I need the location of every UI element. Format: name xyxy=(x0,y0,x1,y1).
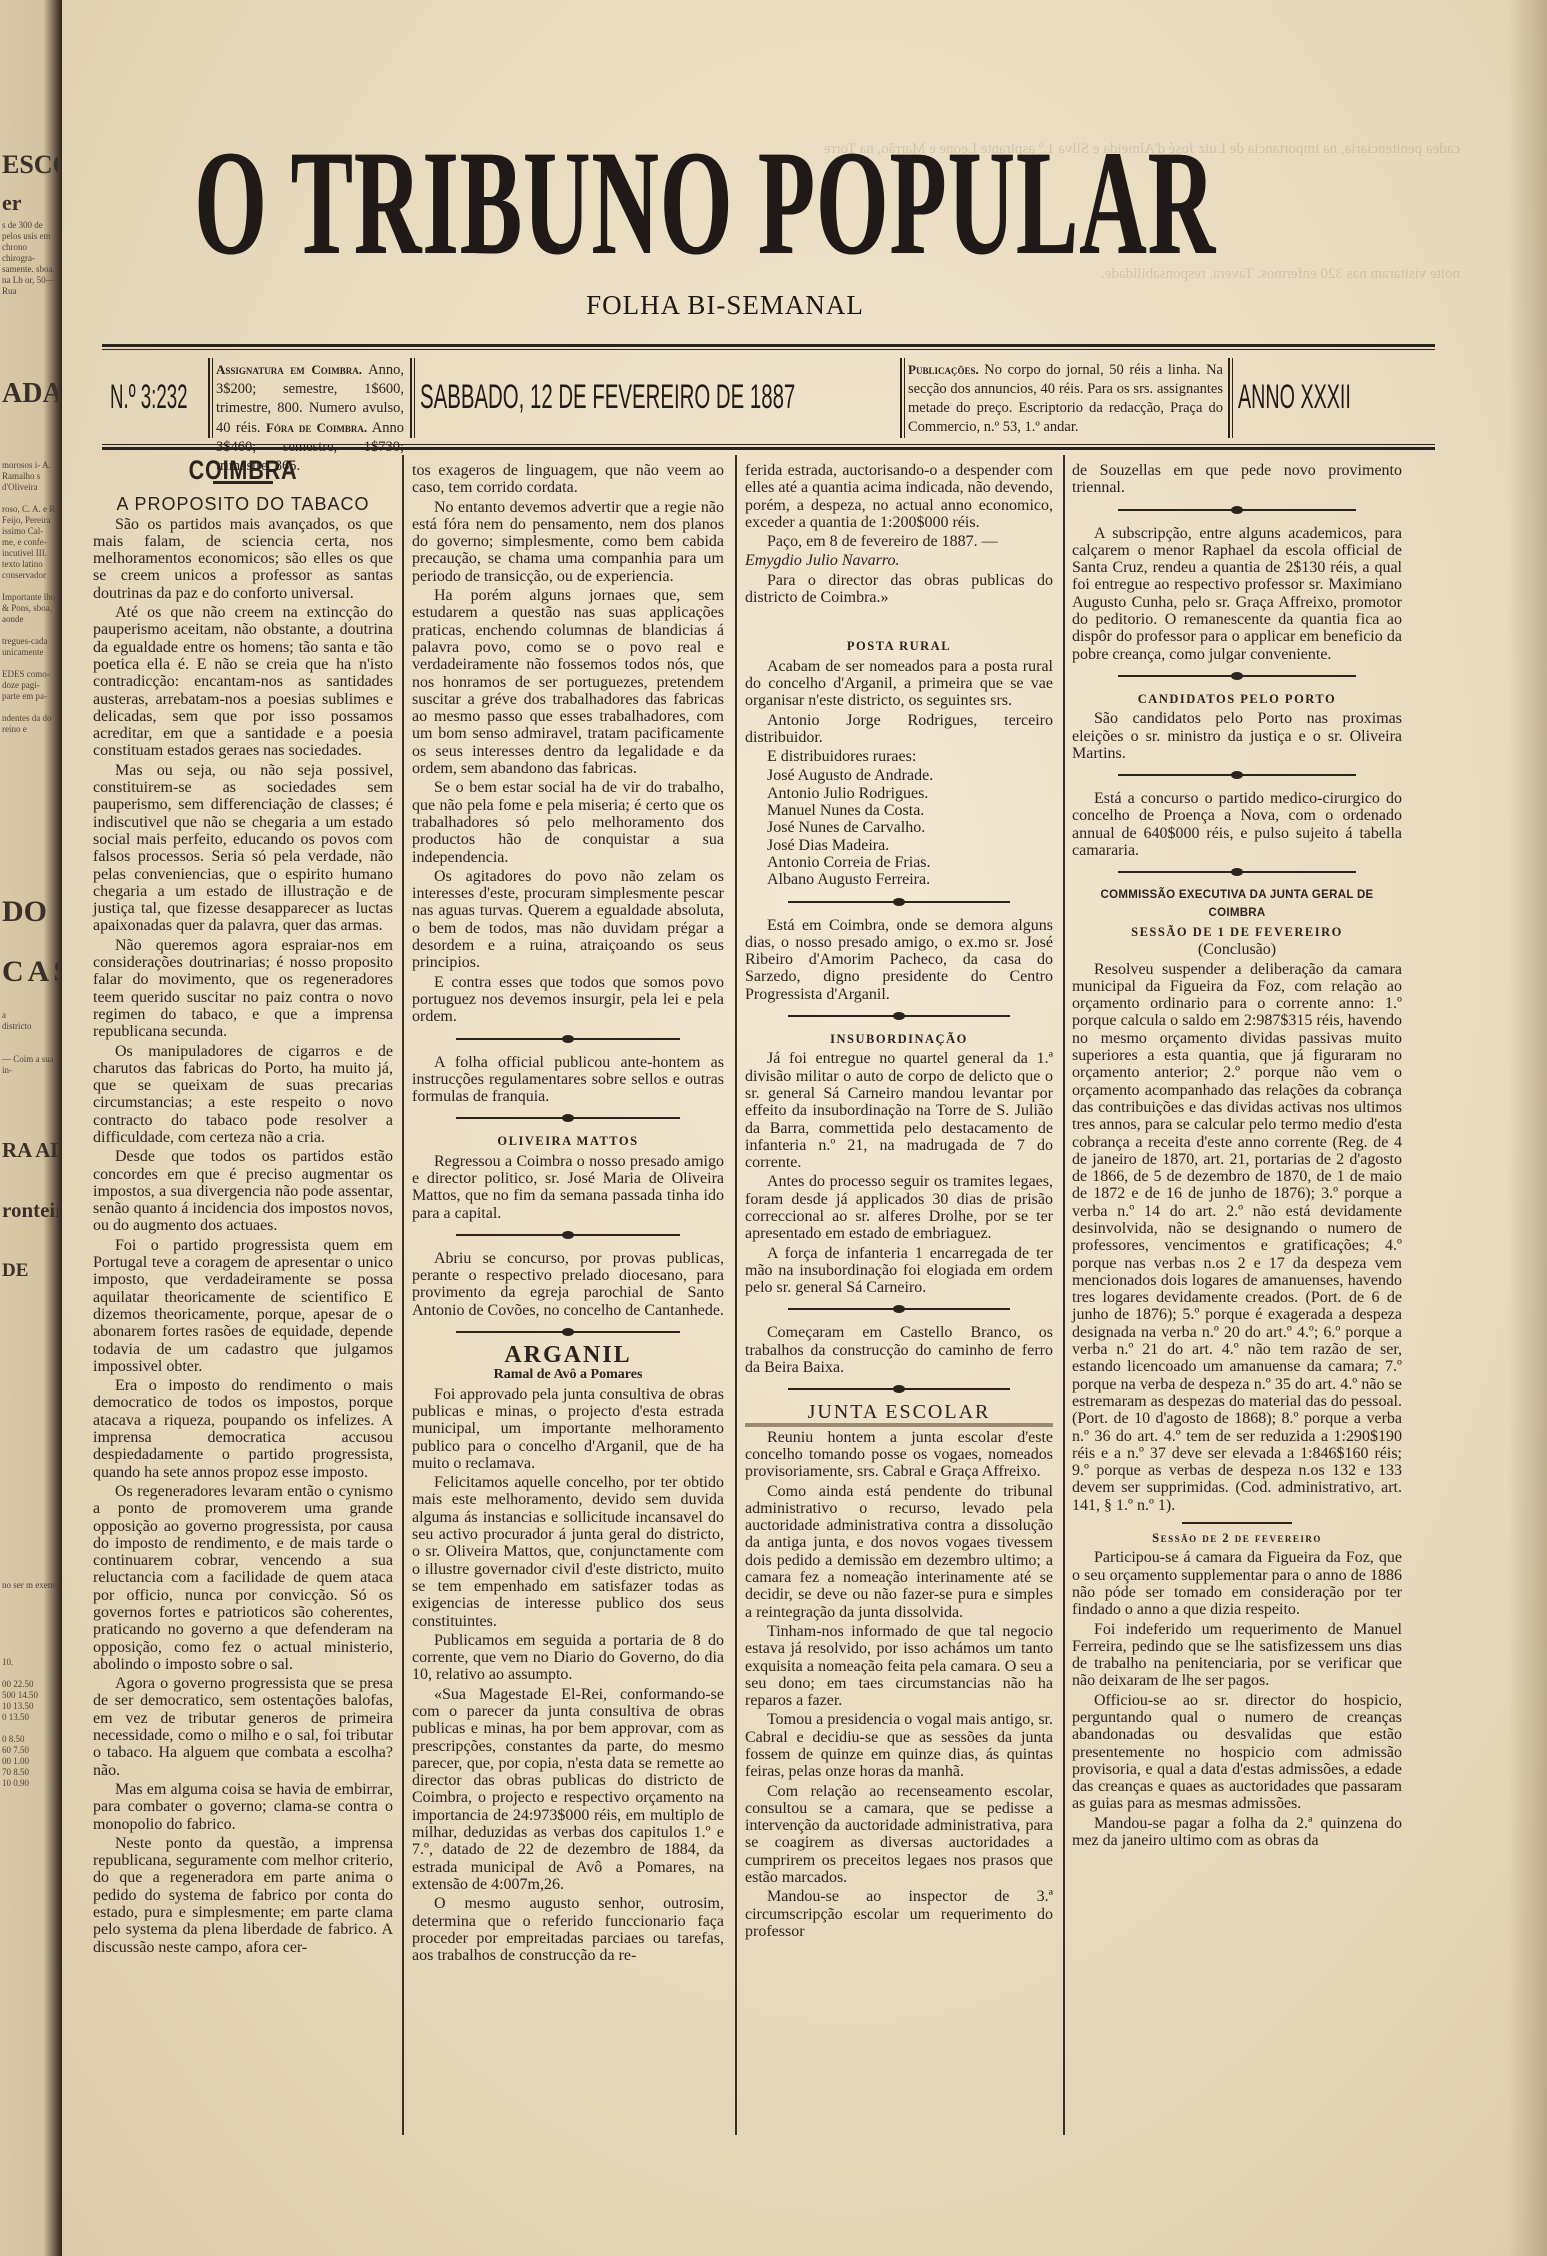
name-list-item: José Augusto de Andrade. xyxy=(745,767,1053,784)
ornamental-divider xyxy=(788,1009,1010,1023)
ornamental-divider xyxy=(788,1302,1010,1316)
prev-page-fragment: RA ALTA xyxy=(2,1138,58,1163)
divider xyxy=(904,358,905,438)
paragraph: A força de infanteria 1 encarregada de t… xyxy=(745,1245,1053,1297)
divider xyxy=(208,358,210,438)
section-heading: COIMBRA xyxy=(123,462,363,479)
name-list-item: José Dias Madeira. xyxy=(745,837,1053,854)
signature: Emygdio Julio Navarro. xyxy=(745,552,1053,569)
divider xyxy=(414,358,415,438)
ornamental-divider xyxy=(456,1111,681,1125)
ornamental-divider xyxy=(1118,865,1356,879)
name-list-item: Manuel Nunes da Costa. xyxy=(745,802,1053,819)
paragraph: Foi approvado pela junta consultiva de o… xyxy=(412,1386,724,1472)
paragraph: Os manipuladores de cigarros e de charut… xyxy=(93,1043,393,1147)
publication-rates: Publicações. No corpo do jornal, 50 réis… xyxy=(908,360,1223,437)
paragraph: No entanto devemos advertir que a regie … xyxy=(412,499,724,585)
paragraph: Tinham-nos informado de que tal negocio … xyxy=(745,1623,1053,1709)
previous-page-edge: ESCO er s de 300 de pelos usis em chrono… xyxy=(0,0,62,2256)
paragraph: Publicamos em seguida a portaria de 8 do… xyxy=(412,1632,724,1684)
paragraph: A folha official publicou ante-hontem as… xyxy=(412,1054,724,1106)
prev-page-fragment: DE xyxy=(2,1260,58,1282)
article-subheading: Ramal de Avô a Pomares xyxy=(412,1366,724,1383)
top-double-rule-thin xyxy=(102,349,1435,350)
paragraph: Os regeneradores levaram então o cynismo… xyxy=(93,1483,393,1673)
paragraph: Neste ponto da questão, a imprensa repub… xyxy=(93,1835,393,1956)
article-headline: A PROPOSITO DO TABACO xyxy=(93,496,393,513)
paragraph: Começaram em Castello Branco, os trabalh… xyxy=(745,1324,1053,1376)
paragraph: ferida estrada, auctorisando-o a despend… xyxy=(745,462,1053,531)
paragraph: Mandou-se pagar a folha da 2.ª quinzena … xyxy=(1072,1815,1402,1850)
paragraph: E contra esses que todos que somos povo … xyxy=(412,974,724,1026)
session-subheading: (Conclusão) xyxy=(1072,941,1402,958)
column-4: de Souzellas em que pede novo provimento… xyxy=(1072,462,1402,1851)
prev-page-text: adistricto— Coim a sua in- xyxy=(2,1010,58,1076)
paragraph: Resolveu suspender a deliberação da cama… xyxy=(1072,961,1402,1515)
column-1: COIMBRA A PROPOSITO DO TABACO São os par… xyxy=(93,462,393,1958)
ornamental-divider xyxy=(456,1032,681,1046)
paragraph: Mas em alguma coisa se havia de embirrar… xyxy=(93,1781,393,1833)
paragraph: Já foi entregue no quartel general da 1.… xyxy=(745,1050,1053,1171)
paragraph: de Souzellas em que pede novo provimento… xyxy=(1072,462,1402,497)
paragraph: tos exageros de linguagem, que não veem … xyxy=(412,462,724,497)
column-rule xyxy=(735,455,737,2135)
paragraph: Desde que todos os partidos estão concor… xyxy=(93,1148,393,1234)
prev-page-fragment: DO xyxy=(2,895,58,929)
session-heading: Sessão de 2 de fevereiro xyxy=(1072,1530,1402,1547)
paragraph: Se o bem estar social ha de vir do traba… xyxy=(412,779,724,865)
name-list-item: Albano Augusto Ferreira. xyxy=(745,871,1053,888)
paragraph: Abriu se concurso, por provas publicas, … xyxy=(412,1250,724,1319)
paragraph: Paço, em 8 de fevereiro de 1887. — xyxy=(745,533,1053,550)
issue-date: SABBADO, 12 DE FEVEREIRO DE 1887 xyxy=(420,352,756,442)
page-edge-shadow xyxy=(1507,0,1547,2256)
ornamental-divider xyxy=(456,1228,681,1242)
outside-label: Fóra de Coimbra. xyxy=(266,420,367,435)
paragraph: Está em Coimbra, onde se demora alguns d… xyxy=(745,917,1053,1003)
prev-page-text: no ser m exem-10.00 22.50500 14.5010 13.… xyxy=(2,1580,58,1789)
prev-page-fragment: er xyxy=(2,190,58,216)
paragraph: Até os que não creem na extincção do pau… xyxy=(93,604,393,760)
paragraph: Agora o governo progressista que se pres… xyxy=(93,1675,393,1779)
issue-info-band: N.º 3:232 Assignatura em Coimbra. Anno, … xyxy=(100,352,1435,447)
paragraph: Regressou a Coimbra o nosso presado amig… xyxy=(412,1153,724,1222)
paragraph: Felicitamos aquelle concelho, por ter ob… xyxy=(412,1474,724,1630)
paragraph: Para o director das obras publicas do di… xyxy=(745,572,1053,607)
column-3: ferida estrada, auctorisando-o a despend… xyxy=(745,462,1053,1942)
paragraph: Mas ou seja, ou não seja possivel, const… xyxy=(93,762,393,935)
paragraph: Reuniu hontem a junta escolar d'este con… xyxy=(745,1429,1053,1481)
paragraph: Não queremos agora espraiar-nos em consi… xyxy=(93,937,393,1041)
column-2: tos exageros de linguagem, que não veem … xyxy=(412,462,724,1966)
paragraph: Foi indeferido um requerimento de Manuel… xyxy=(1072,1621,1402,1690)
paragraph: O mesmo augusto senhor, outrosim, determ… xyxy=(412,1895,724,1964)
publications-label: Publicações. xyxy=(908,362,979,377)
session-heading: SESSÃO DE 1 DE FEVEREIRO xyxy=(1072,924,1402,941)
masthead: O TRIBUNO POPULAR xyxy=(140,108,1270,298)
paragraph: Antes do processo seguir os tramites leg… xyxy=(745,1173,1053,1242)
divider xyxy=(1228,358,1230,438)
subscription-label: Assignatura em Coimbra. xyxy=(216,362,362,377)
ornamental-divider xyxy=(456,1325,681,1339)
divider xyxy=(900,358,902,438)
paragraph: São os partidos mais avançados, os que m… xyxy=(93,516,393,602)
ornamental-divider xyxy=(788,895,1010,909)
divider xyxy=(1232,358,1233,438)
article-headline: POSTA RURAL xyxy=(745,638,1053,655)
prev-page-fragment: ADA xyxy=(2,378,58,410)
prev-page-fragment: CAS xyxy=(2,955,58,989)
paragraph: Os agitadores do povo não zelam os inter… xyxy=(412,868,724,972)
column-rule xyxy=(1063,455,1065,2135)
paragraph: Mandou-se ao inspector de 3.ª circumscri… xyxy=(745,1888,1053,1940)
paragraph: Ha porém alguns jornaes que, sem estudar… xyxy=(412,587,724,777)
ornamental-divider xyxy=(1118,669,1356,683)
ornamental-divider xyxy=(1118,503,1356,517)
paragraph: São candidatos pelo Porto nas proximas e… xyxy=(1072,710,1402,762)
name-list-item: Antonio Julio Rodrigues. xyxy=(745,785,1053,802)
article-headline: COMMISSÃO EXECUTIVA DA JUNTA GERAL DE CO… xyxy=(1072,887,1402,922)
prev-page-text: morosos i- A. Ramalho s d'Oliveiraroso, … xyxy=(2,460,58,735)
newspaper-title: O TRIBUNO POPULAR xyxy=(194,108,1216,298)
prev-page-fragment: ESCO xyxy=(2,150,58,180)
year-number: ANNO XXXII xyxy=(1238,352,1348,442)
paragraph: Antonio Jorge Rodrigues, terceiro distri… xyxy=(745,712,1053,747)
top-double-rule xyxy=(102,344,1435,347)
spacer xyxy=(745,608,1053,638)
paragraph: Como ainda está pendente do tribunal adm… xyxy=(745,1483,1053,1621)
ornamental-divider xyxy=(1118,768,1356,782)
section-heading: JUNTA ESCOLAR xyxy=(745,1404,1053,1426)
paragraph: Acabam de ser nomeados para a posta rura… xyxy=(745,658,1053,710)
newspaper-page: ESCO er s de 300 de pelos usis em chrono… xyxy=(0,0,1547,2256)
issue-number: N.º 3:232 xyxy=(110,352,168,442)
newspaper-subtitle: FOLHA BI-SEMANAL xyxy=(525,290,925,321)
prev-page-text: s de 300 de pelos usis em chrono chirogr… xyxy=(2,220,58,297)
ornamental-divider xyxy=(788,1382,1010,1396)
short-rule xyxy=(1182,1522,1292,1524)
article-headline: OLIVEIRA MATTOS xyxy=(412,1133,724,1150)
paragraph: Era o imposto do rendimento o mais democ… xyxy=(93,1377,393,1481)
prev-page-fragment: ronteira xyxy=(2,1198,58,1223)
paragraph: Officiou-se ao sr. director do hospicio,… xyxy=(1072,1692,1402,1813)
paragraph: Com relação ao recenseamento escolar, co… xyxy=(745,1783,1053,1887)
article-headline: INSUBORDINAÇÃO xyxy=(745,1031,1053,1048)
section-heading: ARGANIL xyxy=(412,1347,724,1364)
paragraph: «Sua Magestade El-Rei, conformando-se co… xyxy=(412,1686,724,1894)
divider xyxy=(410,358,412,438)
column-rule xyxy=(402,455,404,2135)
divider xyxy=(212,358,213,438)
paragraph: A subscripção, entre alguns academicos, … xyxy=(1072,525,1402,663)
paragraph: Tomou a presidencia o vogal mais antigo,… xyxy=(745,1711,1053,1780)
paragraph: Participou-se á camara da Figueira da Fo… xyxy=(1072,1549,1402,1618)
name-list-item: Antonio Correia de Frias. xyxy=(745,854,1053,871)
paragraph: Está a concurso o partido medico-cirurgi… xyxy=(1072,790,1402,859)
paragraph: E distribuidores ruraes: xyxy=(745,748,1053,765)
article-headline: CANDIDATOS PELO PORTO xyxy=(1072,691,1402,708)
name-list-item: José Nunes de Carvalho. xyxy=(745,819,1053,836)
paragraph: Foi o partido progressista quem em Portu… xyxy=(93,1237,393,1375)
